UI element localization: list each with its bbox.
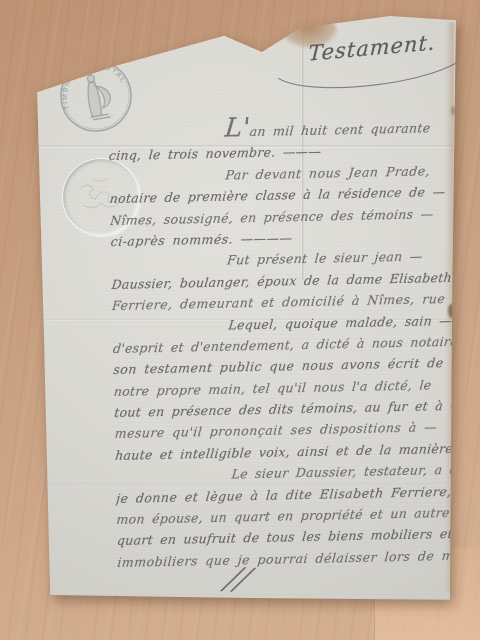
paper-sheet: TIMBRE ROYAL Testament. <box>28 10 462 610</box>
edge-stain-spot <box>451 106 456 115</box>
handwritten-text: L'an mil huit cent quarante cinq, le tro… <box>108 120 469 576</box>
paper-surface: TIMBRE ROYAL Testament. <box>28 10 462 610</box>
paper-stain <box>240 22 276 38</box>
photo-background: TIMBRE ROYAL Testament. <box>0 0 480 640</box>
